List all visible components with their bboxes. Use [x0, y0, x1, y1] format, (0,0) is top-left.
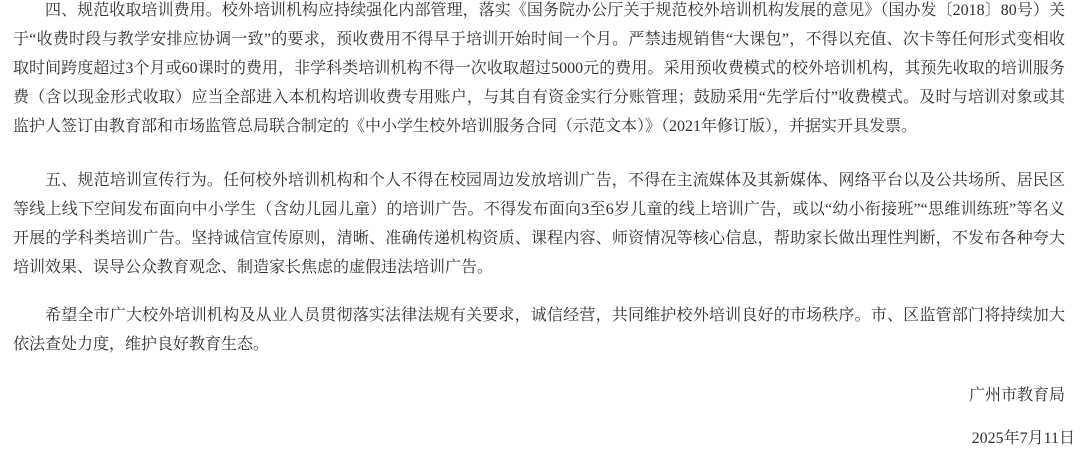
paragraph-section-5-advertising: 五、规范培训宣传行为。任何校外培训机构和个人不得在校园周边发放培训广告，不得在主… [13, 166, 1065, 282]
notice-document: 四、规范收取培训费用。校外培训机构应持续强化内部管理，落实《国务院办公厅关于规范… [0, 0, 1080, 470]
paragraph-section-4-fees: 四、规范收取培训费用。校外培训机构应持续强化内部管理，落实《国务院办公厅关于规范… [13, 0, 1065, 141]
issue-date: 2025年7月11日 [13, 424, 1075, 453]
paragraph-closing-remarks: 希望全市广大校外培训机构及从业人员贯彻落实法律法规有关要求，诚信经营，共同维护校… [13, 301, 1065, 359]
issuer-signature: 广州市教育局 [13, 381, 1065, 410]
